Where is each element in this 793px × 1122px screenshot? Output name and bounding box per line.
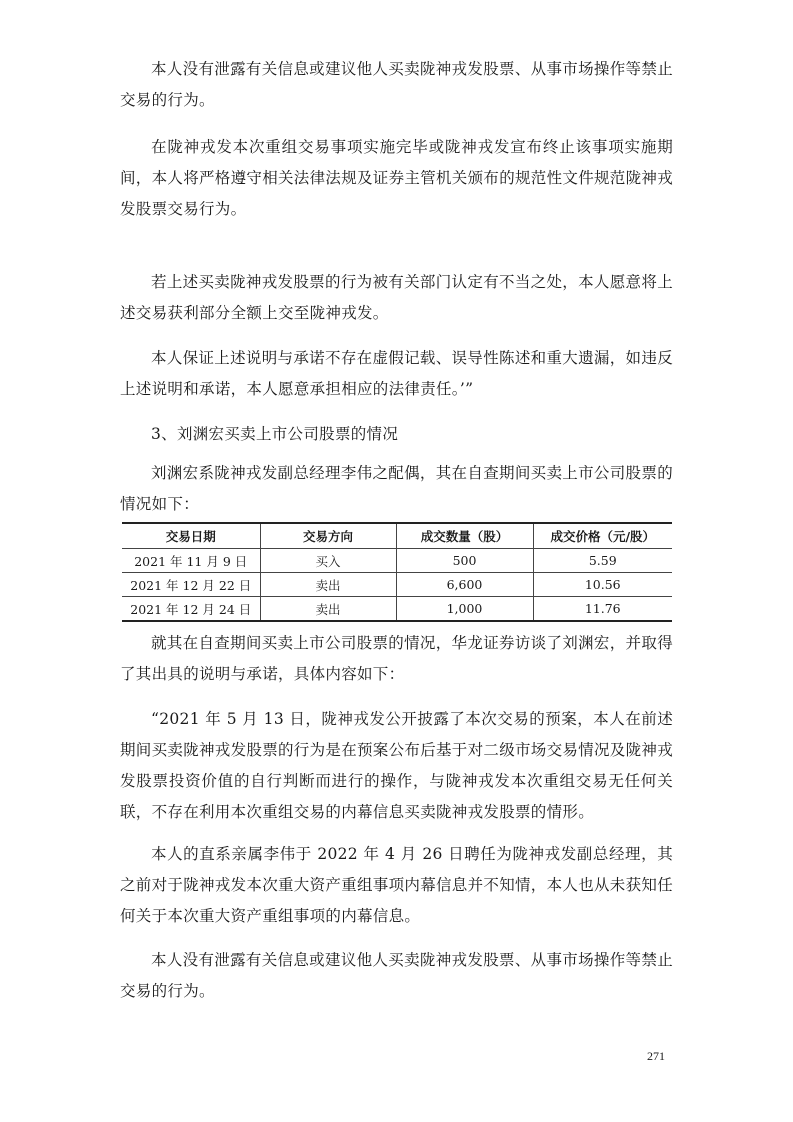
table-row: 2021 年 11 月 9 日 买入 500 5.59 [122, 549, 672, 573]
table-row: 2021 年 12 月 24 日 卖出 1,000 11.76 [122, 597, 672, 622]
header-trade-price: 成交价格（元/股） [533, 523, 672, 549]
page-number: 271 [647, 1049, 665, 1064]
cell-date: 2021 年 12 月 22 日 [122, 573, 260, 597]
paragraph-no-disclosure-repeat: 本人没有泄露有关信息或建议他人买卖陇神戎发股票、从事市场操作等禁止交易的行为。 [120, 945, 673, 1007]
trades-table: 交易日期 交易方向 成交数量（股） 成交价格（元/股） 2021 年 11 月 … [122, 522, 672, 622]
header-trade-date: 交易日期 [122, 523, 260, 549]
cell-price: 10.56 [533, 573, 672, 597]
paragraph-interview: 就其在自查期间买卖上市公司股票的情况，华龙证券访谈了刘渊宏，并取得了其出具的说明… [120, 628, 673, 690]
paragraph-relative-appointment: 本人的直系亲属李伟于 2022 年 4 月 26 日聘任为陇神戎发副总经理，其之… [120, 839, 673, 932]
header-trade-quantity: 成交数量（股） [396, 523, 533, 549]
table-header-row: 交易日期 交易方向 成交数量（股） 成交价格（元/股） [122, 523, 672, 549]
cell-quantity: 6,600 [396, 573, 533, 597]
paragraph-profit-surrender: 若上述买卖陇神戎发股票的行为被有关部门认定有不当之处，本人愿意将上述交易获利部分… [120, 267, 673, 329]
cell-direction: 卖出 [260, 573, 396, 597]
section-heading: 3、刘渊宏买卖上市公司股票的情况 [120, 419, 673, 450]
cell-date: 2021 年 12 月 24 日 [122, 597, 260, 622]
cell-price: 5.59 [533, 549, 672, 573]
table-row: 2021 年 12 月 22 日 卖出 6,600 10.56 [122, 573, 672, 597]
paragraph-intro: 刘渊宏系陇神戎发副总经理李伟之配偶，其在自查期间买卖上市公司股票的情况如下： [120, 458, 673, 520]
cell-direction: 卖出 [260, 597, 396, 622]
paragraph-statement-quote: “2021 年 5 月 13 日，陇神戎发公开披露了本次交易的预案，本人在前述期… [120, 704, 673, 828]
paragraph-guarantee: 本人保证上述说明与承诺不存在虚假记载、误导性陈述和重大遗漏，如违反上述说明和承诺… [120, 343, 673, 405]
cell-date: 2021 年 11 月 9 日 [122, 549, 260, 573]
paragraph-compliance-period: 在陇神戎发本次重组交易事项实施完毕或陇神戎发宣布终止该事项实施期间，本人将严格遵… [120, 132, 673, 225]
cell-quantity: 500 [396, 549, 533, 573]
cell-price: 11.76 [533, 597, 672, 622]
paragraph-no-disclosure: 本人没有泄露有关信息或建议他人买卖陇神戎发股票、从事市场操作等禁止交易的行为。 [120, 54, 673, 116]
cell-quantity: 1,000 [396, 597, 533, 622]
header-trade-direction: 交易方向 [260, 523, 396, 549]
cell-direction: 买入 [260, 549, 396, 573]
